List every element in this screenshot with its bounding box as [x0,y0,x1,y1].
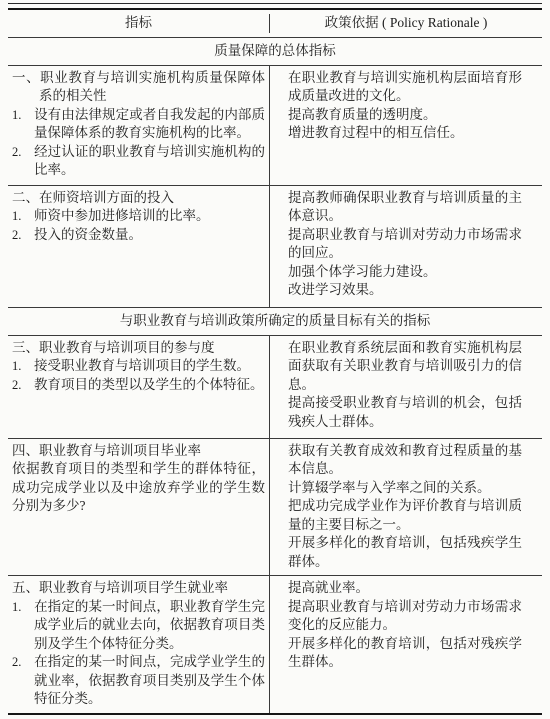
item-number: 2. [12,226,34,245]
document-page: 指标 政策依据 ( Policy Rationale ) 质量保障的总体指标一、… [0,3,550,715]
table-row: 二、在师资培训方面的投入1.师资中参加进修培训的比率。2.投入的资金数量。提高教… [8,185,542,307]
section-title: 质量保障的总体指标 [8,37,542,65]
rationale-line: 获取有关教育成效和教育过程质量的基本信息。 [288,442,522,479]
indicator-cell: 三、职业教育与培训项目的参与度1.接受职业教育与培训项目的学生数。2.教育项目的… [8,336,270,438]
table-body: 质量保障的总体指标一、职业教育与培训实施机构质量保障体系的相关性1.设有由法律规… [8,37,542,713]
item-text: 在指定的某一时间点，完成学业学生的就业率，依据教育项目类别及学生个体特征分类。 [34,654,265,706]
rationale-line: 提高职业教育与培训对劳动力市场需求的回应。 [288,226,522,263]
table-row: 四、职业教育与培训项目毕业率依据教育项目的类型和学生的群体特征，成功完成学业以及… [8,438,542,576]
item-number: 1. [12,207,34,226]
rationale-cell: 在职业教育与培训实施机构层面培育形成质量改进的文化。提高教育质量的透明度。增进教… [270,66,542,185]
rationale-line: 提高职业教育与培训对劳动力市场需求变化的反应能力。 [288,598,522,635]
rationale-line: 提高教育质量的透明度。 [288,106,522,125]
item-text: 教育项目的类型以及学生的个体特征。 [34,377,264,392]
item-number: 2. [12,376,34,395]
rationale-cell: 在职业教育系统层面和教育实施机构层面获取有关职业教育与培训吸引力的信息。提高接受… [270,336,542,438]
rationale-line: 提高接受职业教育与培训的机会，包括残疾人士群体。 [288,394,522,431]
rationale-line: 计算辍学率与入学率之间的关系。 [288,479,522,498]
indicator-item: 1.在指定的某一时间点，职业教育学生完成学业后的就业去向，依据教育项目类别及学生… [12,598,265,654]
indicator-cell: 一、职业教育与培训实施机构质量保障体系的相关性1.设有由法律规定或者自我发起的内… [8,66,270,185]
item-number: 2. [12,143,34,162]
section-title: 与职业教育与培训政策所确定的质量目标有关的指标 [8,307,542,335]
indicators-table: 指标 政策依据 ( Policy Rationale ) 质量保障的总体指标一、… [8,3,542,715]
item-text: 经过认证的职业教育与培训实施机构的比率。 [34,144,265,178]
rationale-line: 改进学习效果。 [288,281,522,300]
table-row: 一、职业教育与培训实施机构质量保障体系的相关性1.设有由法律规定或者自我发起的内… [8,65,542,185]
indicator-item: 1.接受职业教育与培训项目的学生数。 [12,357,265,376]
indicator-cell: 二、在师资培训方面的投入1.师资中参加进修培训的比率。2.投入的资金数量。 [8,186,270,307]
indicator-item: 2.教育项目的类型以及学生的个体特征。 [12,376,265,395]
indicator-heading: 二、在师资培训方面的投入 [12,189,265,208]
item-text: 在指定的某一时间点，职业教育学生完成学业后的就业去向，依据教育项目类别及学生个体… [34,599,265,651]
rationale-cell: 提高教师确保职业教育与培训质量的主体意识。提高职业教育与培训对劳动力市场需求的回… [270,186,542,307]
indicator-item: 1.师资中参加进修培训的比率。 [12,207,265,226]
item-number: 1. [12,598,34,617]
rationale-cell: 获取有关教育成效和教育过程质量的基本信息。计算辍学率与入学率之间的关系。把成功完… [270,439,542,576]
indicator-cell: 四、职业教育与培训项目毕业率依据教育项目的类型和学生的群体特征，成功完成学业以及… [8,439,270,576]
rationale-line: 开展多样化的教育培训，包括对残疾学生群体。 [288,635,522,672]
rationale-line: 在职业教育系统层面和教育实施机构层面获取有关职业教育与培训吸引力的信息。 [288,339,522,395]
rationale-line: 开展多样化的教育培训，包括残疾学生群体。 [288,534,522,571]
indicator-heading: 一、职业教育与培训实施机构质量保障体系的相关性 [12,69,265,106]
rationale-line: 把成功完成学业作为评价教育与培训质量的主要目标之一。 [288,497,522,534]
item-text: 师资中参加进修培训的比率。 [34,208,210,223]
indicator-item: 1.设有由法律规定或者自我发起的内部质量保障体系的教育实施机构的比率。 [12,106,265,143]
item-number: 1. [12,357,34,376]
rationale-line: 提高教师确保职业教育与培训质量的主体意识。 [288,189,522,226]
header-col-policy-rationale: 政策依据 ( Policy Rationale ) [270,14,542,33]
item-text: 接受职业教育与培训项目的学生数。 [34,358,250,373]
indicator-cell: 五、职业教育与培训项目学生就业率1.在指定的某一时间点，职业教育学生完成学业后的… [8,576,270,713]
item-text: 投入的资金数量。 [34,227,142,242]
table-row: 五、职业教育与培训项目学生就业率1.在指定的某一时间点，职业教育学生完成学业后的… [8,575,542,713]
indicator-text: 依据教育项目的类型和学生的群体特征，成功完成学业以及中途放弃学业的学生数分别为多… [12,460,265,516]
indicator-heading: 三、职业教育与培训项目的参与度 [12,339,265,358]
indicator-item: 2.经过认证的职业教育与培训实施机构的比率。 [12,143,265,180]
indicator-item: 2.投入的资金数量。 [12,226,265,245]
rationale-line: 增进教育过程中的相互信任。 [288,124,522,143]
item-number: 1. [12,106,34,125]
indicator-item: 2.在指定的某一时间点，完成学业学生的就业率，依据教育项目类别及学生个体特征分类… [12,653,265,709]
table-header-row: 指标 政策依据 ( Policy Rationale ) [8,10,542,37]
item-number: 2. [12,653,34,672]
indicator-heading: 五、职业教育与培训项目学生就业率 [12,579,265,598]
table-inner: 指标 政策依据 ( Policy Rationale ) 质量保障的总体指标一、… [8,8,542,715]
rationale-line: 在职业教育与培训实施机构层面培育形成质量改进的文化。 [288,69,522,106]
item-text: 设有由法律规定或者自我发起的内部质量保障体系的教育实施机构的比率。 [34,107,265,141]
rationale-line: 提高就业率。 [288,579,522,598]
rationale-line: 加强个体学习能力建设。 [288,263,522,282]
table-row: 三、职业教育与培训项目的参与度1.接受职业教育与培训项目的学生数。2.教育项目的… [8,335,542,438]
rationale-cell: 提高就业率。提高职业教育与培训对劳动力市场需求变化的反应能力。开展多样化的教育培… [270,576,542,713]
indicator-heading: 四、职业教育与培训项目毕业率 [12,442,265,461]
header-col-indicator: 指标 [8,14,270,33]
